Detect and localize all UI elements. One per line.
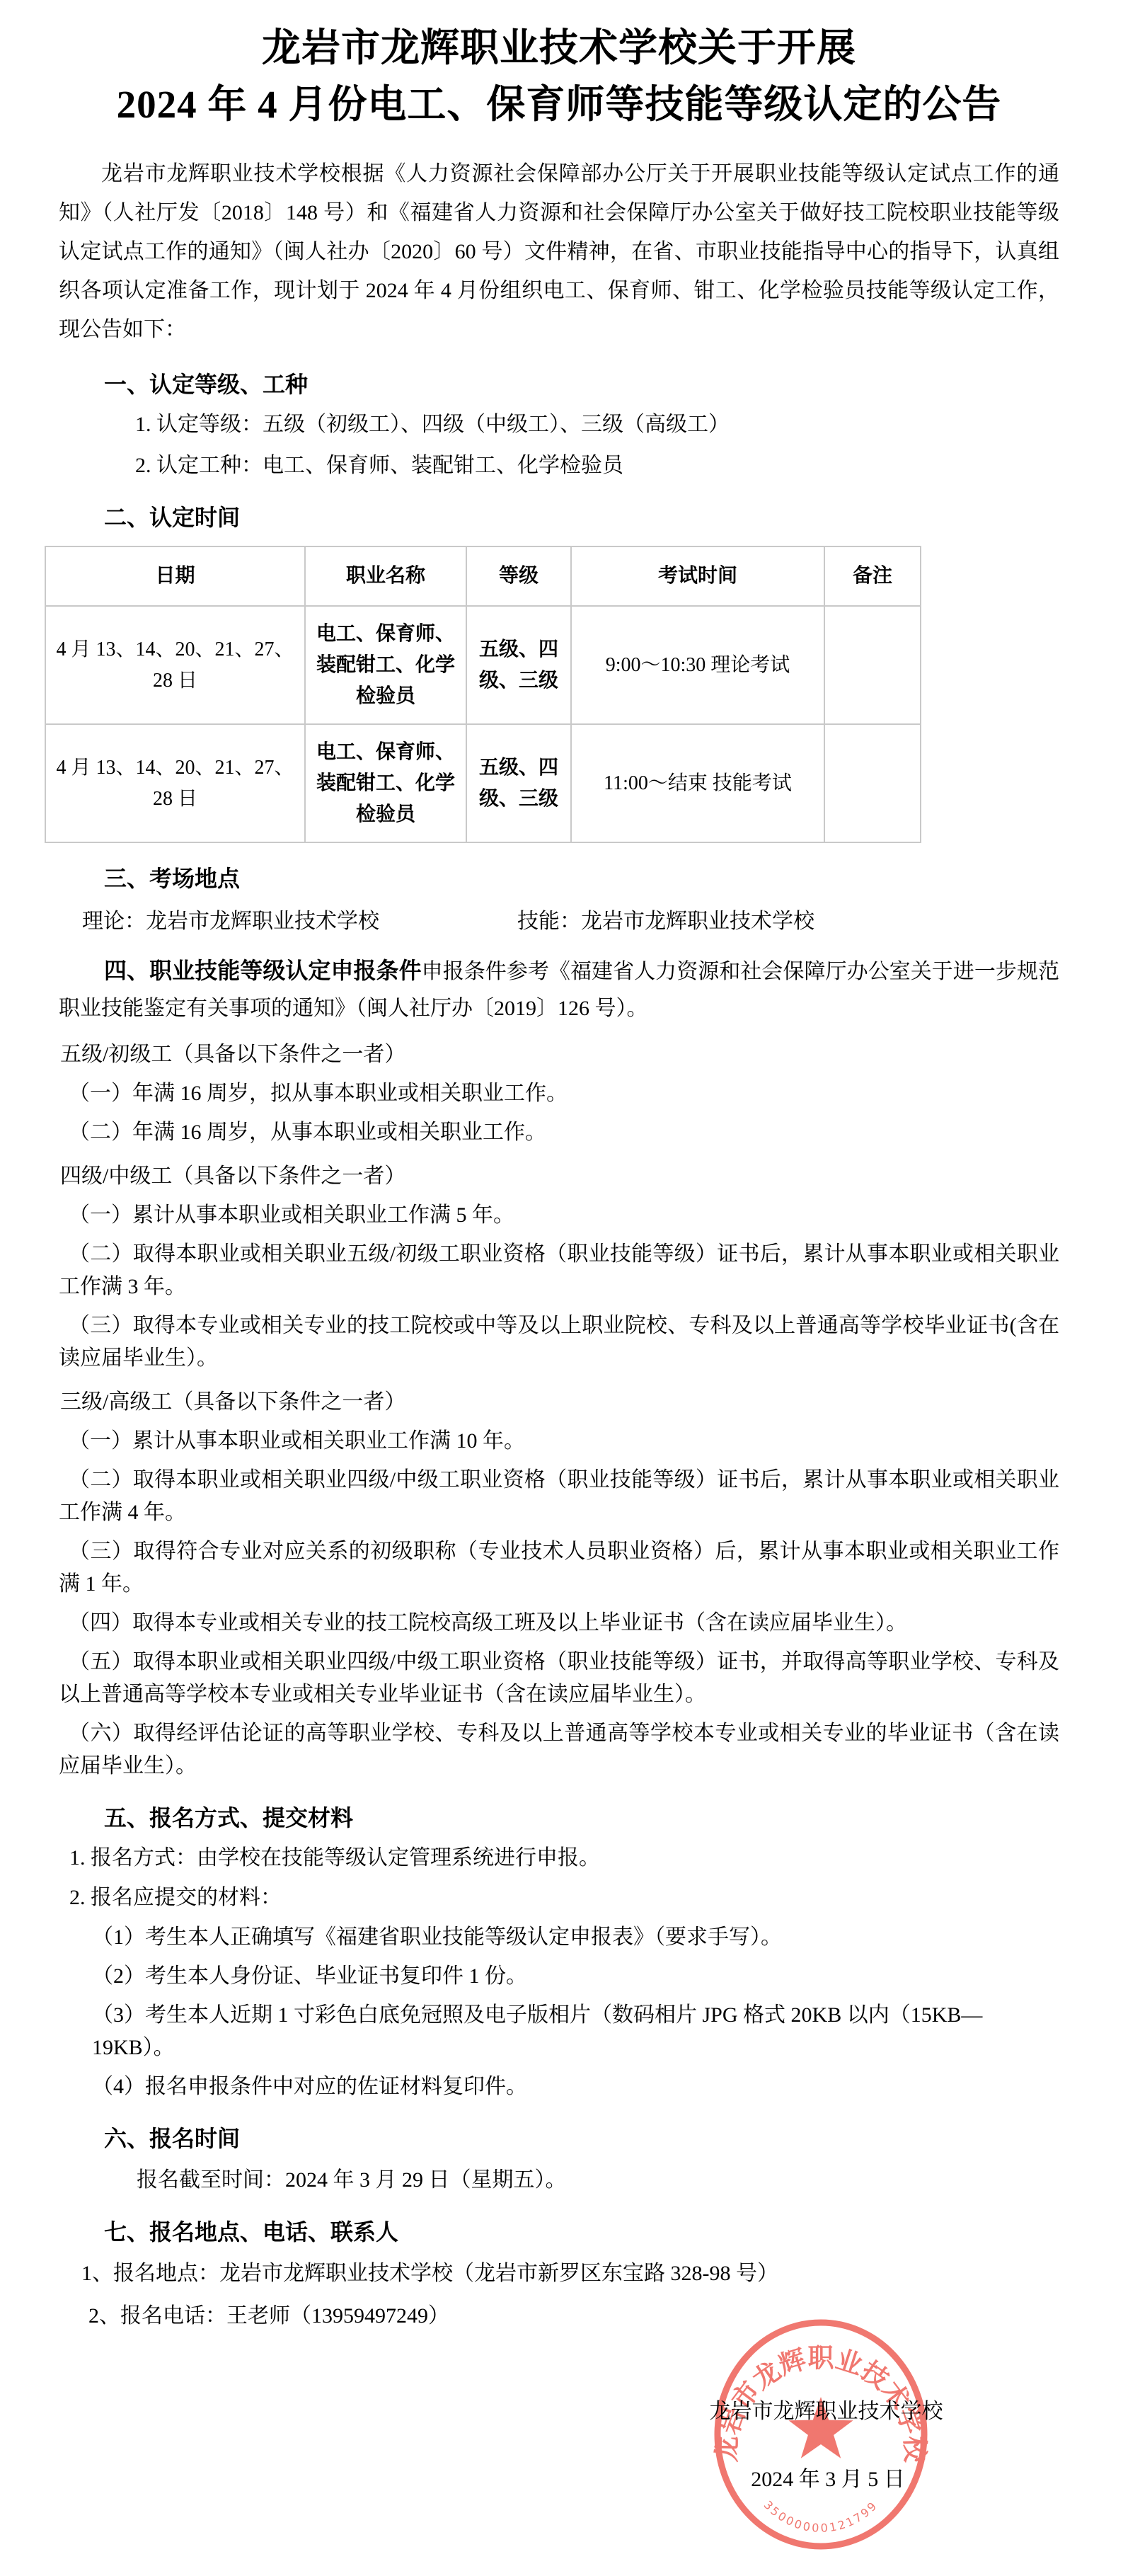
signature-date: 2024 年 3 月 5 日	[736, 2461, 920, 2492]
condition-item: （三）取得本专业或相关专业的技工院校或中等及以上职业院校、专科及以上普通高等学校…	[59, 1310, 1059, 1375]
level3-conditions-title: 三级/高级工（具备以下条件之一者）	[60, 1386, 1059, 1419]
cell-level: 五级、四级、三级	[466, 724, 571, 842]
section6-heading: 六、报名时间	[104, 2123, 1059, 2154]
material-item: （2）考生本人身份证、毕业证书复印件 1 份。	[92, 1960, 1059, 1993]
section4-paragraph: 四、职业技能等级认定申报条件申报条件参考《福建省人力资源和社会保障厅办公室关于进…	[59, 952, 1059, 1027]
page-title: 龙岩市龙辉职业技术学校关于开展 2024 年 4 月份电工、保育师等技能等级认定…	[59, 20, 1059, 133]
header-occupation: 职业名称	[305, 546, 466, 606]
condition-item: （二）取得本职业或相关职业四级/中级工职业资格（职业技能等级）证书后，累计从事本…	[59, 1464, 1059, 1529]
cell-exam-time: 11:00～结束 技能考试	[571, 724, 824, 842]
title-line-1: 龙岩市龙辉职业技术学校关于开展	[59, 20, 1059, 76]
condition-item: （六）取得经评估论证的高等职业学校、专科及以上普通高等学校本专业或相关专业的毕业…	[59, 1717, 1059, 1782]
section2-heading: 二、认定时间	[104, 502, 1059, 533]
signature-block: 龙岩市龙辉职业技术学校 35000000121799 龙岩市龙辉职业技术学校 2…	[0, 2342, 1123, 2576]
condition-item: （一）年满 16 周岁，拟从事本职业或相关职业工作。	[59, 1077, 1059, 1110]
cell-note	[824, 724, 921, 842]
signature-school-name: 龙岩市龙辉职业技术学校	[704, 2393, 948, 2425]
header-date: 日期	[45, 546, 305, 606]
material-item: （3）考生本人近期 1 寸彩色白底免冠照及电子版相片（数码相片 JPG 格式 2…	[92, 1999, 1059, 2064]
material-item: （1）考生本人正确填写《福建省职业技能等级认定申报表》（要求手写）。	[92, 1921, 1059, 1954]
cell-occupation: 电工、保育师、装配钳工、化学检验员	[305, 724, 466, 842]
section1-heading: 一、认定等级、工种	[104, 369, 1059, 400]
apply-materials-label: 2. 报名应提交的材料：	[69, 1882, 1059, 1914]
header-level: 等级	[466, 546, 571, 606]
header-note: 备注	[824, 546, 921, 606]
registration-place: 1、报名地点：龙岩市龙辉职业技术学校（龙岩市新罗区东宝路 328-98 号）	[81, 2257, 1059, 2290]
title-line-2: 2024 年 4 月份电工、保育师等技能等级认定的公告	[59, 76, 1059, 133]
section5-heading: 五、报名方式、提交材料	[104, 1802, 1059, 1833]
condition-item: （一）累计从事本职业或相关职业工作满 10 年。	[59, 1425, 1059, 1458]
cell-occupation: 电工、保育师、装配钳工、化学检验员	[305, 606, 466, 724]
exam-schedule-table: 日期 职业名称 等级 考试时间 备注 4 月 13、14、20、21、27、28…	[45, 546, 921, 843]
section1-item-occupations: 2. 认定工种：电工、保育师、装配钳工、化学检验员	[135, 450, 1059, 482]
official-seal-stamp: 龙岩市龙辉职业技术学校 35000000121799	[708, 2314, 934, 2555]
level4-conditions-title: 四级/中级工（具备以下条件之一者）	[60, 1160, 1059, 1193]
section7-heading: 七、报名地点、电话、联系人	[104, 2216, 1059, 2248]
exam-venues: 理论：龙岩市龙辉职业技术学校技能：龙岩市龙辉职业技术学校	[82, 905, 1059, 938]
table-row: 4 月 13、14、20、21、27、28 日 电工、保育师、装配钳工、化学检验…	[45, 606, 921, 724]
apply-method: 1. 报名方式：由学校在技能等级认定管理系统进行申报。	[69, 1842, 1059, 1874]
section1-item-levels: 1. 认定等级：五级（初级工）、四级（中级工）、三级（高级工）	[135, 408, 1059, 441]
cell-level: 五级、四级、三级	[466, 606, 571, 724]
cell-date: 4 月 13、14、20、21、27、28 日	[45, 606, 305, 724]
announcement-document: 龙岩市龙辉职业技术学校关于开展 2024 年 4 月份电工、保育师等技能等级认定…	[0, 0, 1123, 2576]
condition-item: （二）年满 16 周岁，从事本职业或相关职业工作。	[59, 1116, 1059, 1149]
section4-heading: 四、职业技能等级认定申报条件	[104, 958, 422, 983]
cell-exam-time: 9:00～10:30 理论考试	[571, 606, 824, 724]
material-item: （4）报名申报条件中对应的佐证材料复印件。	[92, 2071, 1059, 2103]
svg-text:35000000121799: 35000000121799	[761, 2498, 881, 2535]
header-exam-time: 考试时间	[571, 546, 824, 606]
level5-conditions-title: 五级/初级工（具备以下条件之一者）	[60, 1038, 1059, 1071]
table-header-row: 日期 职业名称 等级 考试时间 备注	[45, 546, 921, 606]
cell-note	[824, 606, 921, 724]
registration-deadline: 报名截至时间：2024 年 3 月 29 日（星期五）。	[137, 2164, 1059, 2197]
condition-item: （五）取得本职业或相关职业四级/中级工职业资格（职业技能等级）证书，并取得高等职…	[59, 1646, 1059, 1711]
intro-paragraph: 龙岩市龙辉职业技术学校根据《人力资源社会保障部办公厅关于开展职业技能等级认定试点…	[59, 154, 1059, 349]
skill-venue: 技能：龙岩市龙辉职业技术学校	[517, 910, 814, 933]
cell-date: 4 月 13、14、20、21、27、28 日	[45, 724, 305, 842]
condition-item: （三）取得符合专业对应关系的初级职称（专业技术人员职业资格）后，累计从事本职业或…	[59, 1535, 1059, 1601]
seal-code-text: 35000000121799	[761, 2498, 881, 2535]
condition-item: （二）取得本职业或相关职业五级/初级工职业资格（职业技能等级）证书后，累计从事本…	[59, 1238, 1059, 1303]
table-row: 4 月 13、14、20、21、27、28 日 电工、保育师、装配钳工、化学检验…	[45, 724, 921, 842]
condition-item: （四）取得本专业或相关专业的技工院校高级工班及以上毕业证书（含在读应届毕业生）。	[59, 1607, 1059, 1639]
condition-item: （一）累计从事本职业或相关职业工作满 5 年。	[59, 1199, 1059, 1232]
theory-venue: 理论：龙岩市龙辉职业技术学校	[82, 910, 379, 933]
section3-heading: 三、考场地点	[104, 863, 1059, 894]
